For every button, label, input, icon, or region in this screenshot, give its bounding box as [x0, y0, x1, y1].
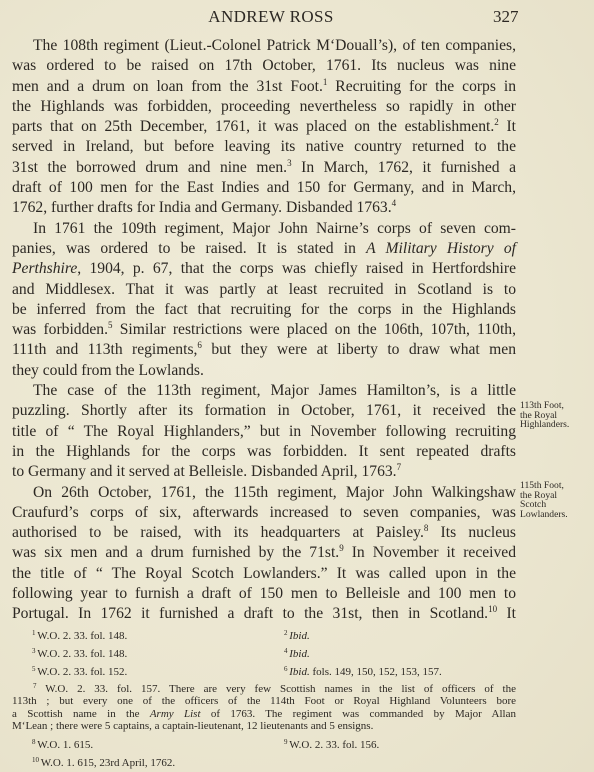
text-run: men and a drum on loan from the 31st Foo… [12, 78, 323, 95]
text-line: was ordered to be raised on 17th October… [12, 56, 516, 76]
text-line: In 1761 the 109th regiment, Major John N… [12, 219, 516, 239]
text-line: be inferred from the fact that recruitin… [12, 300, 516, 320]
footnote-8: 8 W.O. 1. 615. [32, 738, 93, 752]
text-run: was forbidden. [12, 321, 108, 338]
text-line: authorised to be raised, with its headqu… [12, 523, 516, 543]
text-line: puzzling. Shortly after its formation in… [12, 401, 516, 421]
text-run: W.O. 2. 33. fol. 148. [37, 648, 127, 660]
text-run: authorised to be raised, with its headqu… [12, 524, 424, 541]
text-run: but they were at liberty to draw what me… [202, 341, 516, 358]
footnote-10: 10 W.O. 1. 615, 23rd April, 1762. [32, 756, 175, 770]
text-run: served in Ireland, but before leaving it… [12, 138, 516, 155]
text-run: W.O. 2. 33. fol. 156. [289, 739, 379, 751]
text-line: On 26th October, 1761, the 115th regimen… [12, 483, 516, 503]
text-line: the Highlands was forbidden, proceeding … [12, 97, 516, 117]
text-run: of 1763. The regiment was commanded by M… [201, 708, 517, 720]
footnote-row: 1 W.O. 2. 33. fol. 148.2 Ibid. [12, 627, 516, 645]
text-line: draft of 100 men for the East Indies and… [12, 178, 516, 198]
text-run: , 1904, p. 67, that the corps was chiefl… [77, 260, 516, 277]
book-page: ANDREW ROSS 327 The 108th regiment (Lieu… [0, 0, 594, 772]
text-run: W.O. 1. 615, 23rd April, 1762. [41, 757, 175, 769]
footnote-9: 9 W.O. 2. 33. fol. 156. [284, 738, 379, 752]
text-line: was six men and a drum furnished by the … [12, 543, 516, 563]
footnote-7: 7 W.O. 2. 33. fol. 157. There are very f… [12, 683, 516, 732]
text-run: following year to furnish a draft of 150… [12, 585, 516, 602]
text-run: 1762, further drafts for India and Germa… [12, 199, 392, 216]
text-run: It [497, 605, 516, 622]
text-run: Similar restrictions were placed on the … [113, 321, 517, 338]
footnote-5: 5 W.O. 2. 33. fol. 152. [32, 665, 127, 679]
text-run: In November it received [344, 544, 516, 561]
text-run: was ordered to be raised on 17th October… [12, 57, 516, 74]
footnote-6: 6 Ibid. fols. 149, 150, 152, 153, 157. [284, 665, 442, 679]
text-run: was six men and a drum furnished by the … [12, 544, 339, 561]
text-run: be inferred from the fact that recruitin… [12, 301, 516, 318]
italic-title: Ibid. [289, 630, 309, 642]
text-run: 111th and 113th regiments, [12, 341, 197, 358]
text-run: In 1761 the 109th regiment, Major John N… [33, 220, 516, 237]
text-run: It [499, 118, 516, 135]
footnote-line: 113th ; but every one of the officers of… [12, 695, 516, 707]
footnote-row: 8 W.O. 1. 615.9 W.O. 2. 33. fol. 156. [12, 736, 516, 754]
italic-title: Perthshire [12, 260, 77, 277]
text-line: the title of “ The Royal Scotch Lowlande… [12, 564, 516, 584]
text-line: 111th and 113th regiments,6 but they wer… [12, 340, 516, 360]
text-line: parts that on 25th December, 1761, it wa… [12, 117, 516, 137]
footnote-1: 1 W.O. 2. 33. fol. 148. [32, 629, 127, 643]
text-run: fols. 149, 150, 152, 153, 157. [310, 666, 442, 678]
italic-title: A Military History of [366, 240, 516, 257]
footnote-reference: 10 [488, 604, 497, 614]
text-line: Portugal. In 1762 it furnished a draft t… [12, 604, 516, 624]
text-run: parts that on 25th December, 1761, it wa… [12, 118, 494, 135]
text-run: they could from the Lowlands. [12, 362, 204, 379]
text-run: M‘Lean ; there were 5 captains, a captai… [12, 720, 373, 732]
text-line: The 108th regiment (Lieut.-Colonel Patri… [12, 36, 516, 56]
text-run: The 108th regiment (Lieut.-Colonel Patri… [33, 37, 516, 54]
text-line: 31st the borrowed drum and nine men.3 In… [12, 158, 516, 178]
text-run: The case of the 113th regiment, Major Ja… [33, 382, 516, 399]
footnote-reference: 4 [392, 198, 397, 208]
text-line: they could from the Lowlands. [12, 361, 516, 381]
footnote-2: 2 Ibid. [284, 629, 310, 643]
text-line: The case of the 113th regiment, Major Ja… [12, 381, 516, 401]
margin-note: 113th Foot,the RoyalHighlanders. [520, 401, 594, 430]
text-run: a Scottish name in the [12, 708, 150, 720]
text-run: Its nucleus [428, 524, 516, 541]
footnote-row: 10 W.O. 1. 615, 23rd April, 1762. [12, 754, 516, 772]
text-run: W.O. 2. 33. fol. 157. There are very few… [37, 683, 517, 695]
body-text: The 108th regiment (Lieut.-Colonel Patri… [12, 36, 516, 625]
italic-title: Army List [150, 708, 201, 720]
text-run: the title of “ The Royal Scotch Lowlande… [12, 565, 516, 582]
text-run: to Germany and it served at Belleisle. D… [12, 463, 397, 480]
text-line: following year to furnish a draft of 150… [12, 584, 516, 604]
text-run: panies, was ordered to be raised. It is … [12, 240, 366, 257]
text-run: W.O. 2. 33. fol. 152. [37, 666, 127, 678]
italic-title: Ibid. [289, 666, 309, 678]
text-run: draft of 100 men for the East Indies and… [12, 179, 516, 196]
margin-note: 115th Foot,the RoyalScotchLowlanders. [520, 481, 594, 519]
text-run: the Highlands was forbidden, proceeding … [12, 98, 516, 115]
text-run: On 26th October, 1761, the 115th regimen… [33, 484, 516, 501]
footnote-line: 7 W.O. 2. 33. fol. 157. There are very f… [12, 683, 516, 695]
footnote-line: a Scottish name in the Army List of 1763… [12, 708, 516, 720]
text-line: to Germany and it served at Belleisle. D… [12, 462, 516, 482]
footnote-row: 3 W.O. 2. 33. fol. 148.4 Ibid. [12, 645, 516, 663]
footnote-3: 3 W.O. 2. 33. fol. 148. [32, 647, 127, 661]
text-run: W.O. 1. 615. [37, 739, 93, 751]
text-run: W.O. 2. 33. fol. 148. [37, 630, 127, 642]
footnote-line: M‘Lean ; there were 5 captains, a captai… [12, 720, 516, 732]
text-line: 1762, further drafts for India and Germa… [12, 198, 516, 218]
text-line: panies, was ordered to be raised. It is … [12, 239, 516, 259]
text-line: men and a drum on loan from the 31st Foo… [12, 77, 516, 97]
margin-note-line: Lowlanders. [520, 510, 594, 520]
text-line: and Middlesex. That it was partly at lea… [12, 280, 516, 300]
text-run: in the Highlands for the corps was forbi… [12, 443, 516, 460]
running-head: ANDREW ROSS 327 [0, 4, 594, 26]
text-line: Craufurd’s corps of six, afterwards incr… [12, 503, 516, 523]
text-line: was forbidden.5 Similar restrictions wer… [12, 320, 516, 340]
text-run: Recruiting for the corps in [327, 78, 516, 95]
text-run: and Middlesex. That it was partly at lea… [12, 281, 516, 298]
footnote-4: 4 Ibid. [284, 647, 310, 661]
text-run: title of “ The Royal Highlanders,” but i… [12, 423, 516, 440]
text-run: 113th ; but every one of the officers of… [12, 695, 516, 707]
page-number: 327 [493, 7, 519, 27]
footnote-row: 5 W.O. 2. 33. fol. 152.6 Ibid. fols. 149… [12, 663, 516, 681]
text-run: Craufurd’s corps of six, afterwards incr… [12, 504, 516, 521]
footnotes: 1 W.O. 2. 33. fol. 148.2 Ibid.3 W.O. 2. … [12, 627, 516, 772]
text-run: puzzling. Shortly after its formation in… [12, 402, 516, 419]
running-title: ANDREW ROSS [171, 7, 371, 27]
text-run: 31st the borrowed drum and nine men. [12, 159, 287, 176]
text-line: served in Ireland, but before leaving it… [12, 137, 516, 157]
text-run: Portugal. In 1762 it furnished a draft t… [12, 605, 488, 622]
text-line: title of “ The Royal Highlanders,” but i… [12, 422, 516, 442]
text-line: Perthshire, 1904, p. 67, that the corps … [12, 259, 516, 279]
italic-title: Ibid. [289, 648, 309, 660]
margin-note-line: Highlanders. [520, 420, 594, 430]
footnote-reference: 7 [397, 462, 402, 472]
footnote-number: 10 [32, 756, 41, 764]
text-line: in the Highlands for the corps was forbi… [12, 442, 516, 462]
text-run: In March, 1762, it furnished a [292, 159, 516, 176]
